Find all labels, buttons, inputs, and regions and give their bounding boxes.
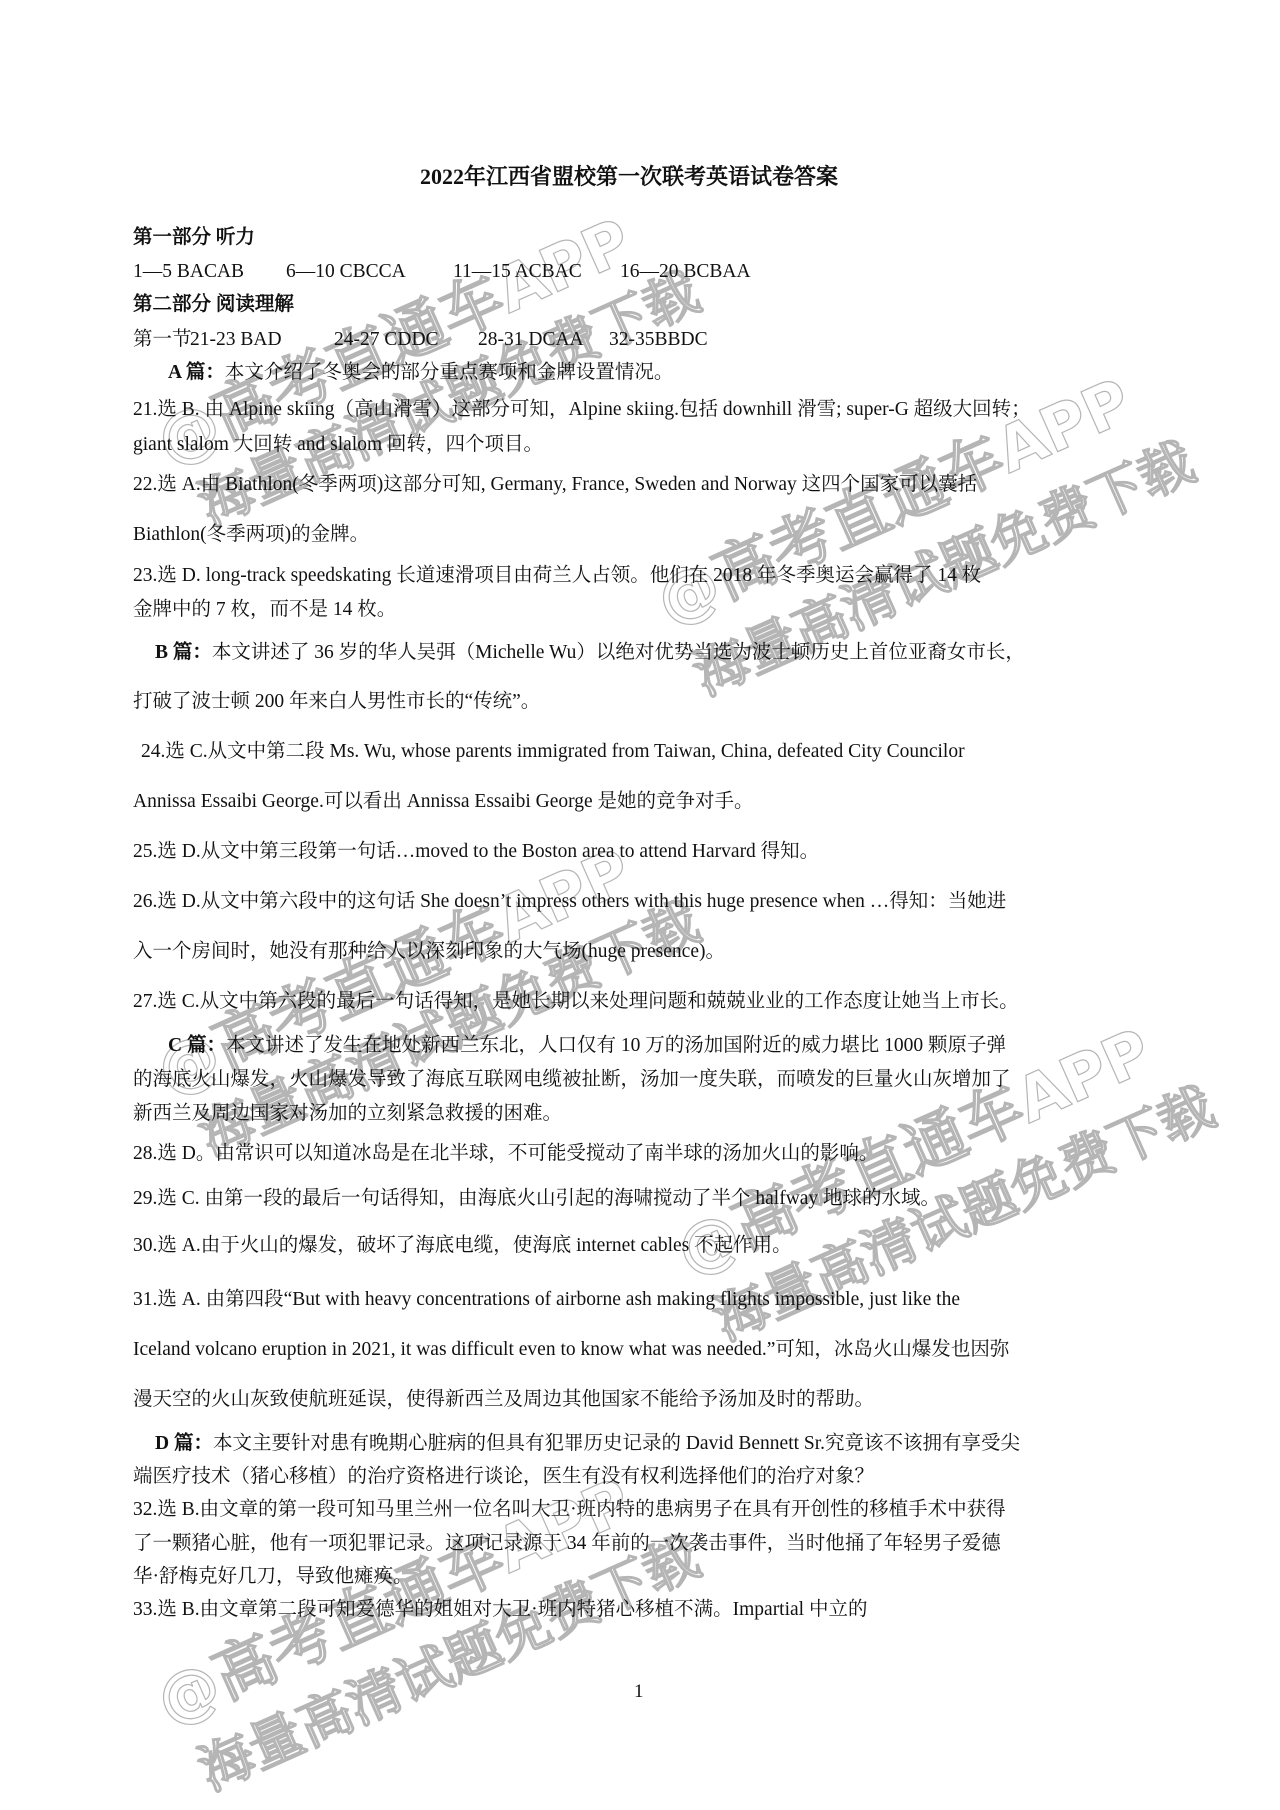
watermark-text: @高考直通车APP <box>140 1452 643 1741</box>
part1-heading: 第一部分 听力 <box>133 226 255 250</box>
part2-heading: 第二部分 阅读理解 <box>133 293 294 317</box>
answer-25: 25.选 D.从文中第三段第一句话…moved to the Boston ar… <box>133 840 819 864</box>
passage-c-label: C 篇： <box>168 1035 226 1056</box>
answer-26-line2: 入一个房间时，她没有那种给人以深刻印象的大气场(huge presence)。 <box>133 940 725 964</box>
answer-group: 32-35BBDC <box>609 328 708 352</box>
answer-32-line2: 了一颗猪心脏，他有一项犯罪记录。这项记录源于 34 年前的一次袭击事件，当时他捅… <box>133 1532 1001 1556</box>
answer-22-line1: 22.选 A.由 Biathlon(冬季两项)这部分可知, Germany, F… <box>133 473 977 497</box>
passage-c-summary-line3: 新西兰及周边国家对汤加的立刻紧急救援的困难。 <box>133 1102 562 1126</box>
answer-32-line1: 32.选 B.由文章的第一段可知马里兰州一位名叫大卫·班内特的患病男子在具有开创… <box>133 1498 1006 1522</box>
answer-21-line1: 21.选 B. 由 Alpine skiing（高山滑雪）这部分可知，Alpin… <box>133 398 1031 422</box>
passage-b-summary-text: 本文讲述了 36 岁的华人吴弭（Michelle Wu）以绝对优势当选为波士顿历… <box>212 642 1025 663</box>
answer-29: 29.选 C. 由第一段的最后一句话得知，由海底火山引起的海啸搅动了半个 hal… <box>133 1187 940 1211</box>
passage-a-label: A 篇： <box>168 362 225 383</box>
answer-21-line2: giant slalom 大回转 and slalom 回转，四个项目。 <box>133 433 543 457</box>
passage-c-summary-line1: C 篇：本文讲述了发生在地处新西兰东北，人口仅有 10 万的汤加国附近的威力堪比… <box>168 1034 1006 1058</box>
answer-22-line2: Biathlon(冬季两项)的金牌。 <box>133 523 369 547</box>
watermark-text: 海量高清试题免费下载 <box>185 1515 710 1805</box>
answer-31-line1: 31.选 A. 由第四段“But with heavy concentratio… <box>133 1288 960 1312</box>
answer-group: 24-27 CDDC <box>334 328 478 352</box>
document-title: 2022年江西省盟校第一次联考英语试卷答案 <box>420 160 838 191</box>
section-label: 第一节 <box>133 328 190 352</box>
answer-24-line2: Annissa Essaibi George.可以看出 Annissa Essa… <box>133 790 754 814</box>
passage-a-summary: A 篇：本文介绍了冬奥会的部分重点赛项和金牌设置情况。 <box>168 361 673 385</box>
passage-c-summary-text: 本文讲述了发生在地处新西兰东北，人口仅有 10 万的汤加国附近的威力堪比 100… <box>226 1035 1006 1056</box>
answer-30: 30.选 A.由于火山的爆发，破坏了海底电缆，使海底 internet cabl… <box>133 1234 792 1258</box>
watermark-text: 海量高清试题免费下载 <box>185 880 710 1170</box>
answer-31-line2: Iceland volcano eruption in 2021, it was… <box>133 1338 1009 1362</box>
passage-b-label: B 篇： <box>155 642 212 663</box>
answer-27: 27.选 C.从文中第六段的最后一句话得知，是她长期以来处理问题和兢兢业业的工作… <box>133 990 1019 1014</box>
answer-group: 21-23 BAD <box>190 328 334 352</box>
answer-26-line1: 26.选 D.从文中第六段中的这句话 She doesn’t impress o… <box>133 890 1006 914</box>
page-number: 1 <box>634 1681 644 1703</box>
answer-28: 28.选 D。由常识可以知道冰岛是在北半球，不可能受搅动了南半球的汤加火山的影响… <box>133 1142 878 1166</box>
answer-33: 33.选 B.由文章第二段可知爱德华的姐姐对大卫·班内特猪心移植不满。Impar… <box>133 1598 867 1622</box>
answer-24-line1: 24.选 C.从文中第二段 Ms. Wu, whose parents immi… <box>141 740 965 764</box>
passage-b-summary-line1: B 篇：本文讲述了 36 岁的华人吴弭（Michelle Wu）以绝对优势当选为… <box>155 641 1025 665</box>
answer-32-line3: 华·舒梅克好几刀，导致他瘫痪。 <box>133 1565 413 1589</box>
answer-31-line3: 漫天空的火山灰致使航班延误，使得新西兰及周边其他国家不能给予汤加及时的帮助。 <box>133 1388 874 1412</box>
answer-group: 1—5 BACAB <box>133 260 286 284</box>
passage-d-summary-line2: 端医疗技术（猪心移植）的治疗资格进行谈论，医生有没有权利选择他们的治疗对象？ <box>133 1465 874 1489</box>
document-page: @高考直通车APP 海量高清试题免费下载 @高考直通车APP 海量高清试题免费下… <box>0 0 1280 1810</box>
answer-23-line1: 23.选 D. long-track speedskating 长道速滑项目由荷… <box>133 564 981 588</box>
passage-a-summary-text: 本文介绍了冬奥会的部分重点赛项和金牌设置情况。 <box>225 362 674 383</box>
passage-d-label: D 篇： <box>155 1433 213 1454</box>
part2-answers: 第一节21-23 BAD24-27 CDDC28-31 DCAA32-35BBD… <box>133 328 708 352</box>
passage-b-summary-line2: 打破了波士顿 200 年来白人男性市长的“传统”。 <box>133 690 540 714</box>
passage-d-summary-line1: D 篇：本文主要针对患有晚期心脏病的但具有犯罪历史记录的 David Benne… <box>155 1432 1020 1456</box>
answer-group: 6—10 CBCCA <box>286 260 453 284</box>
passage-c-summary-line2: 的海底火山爆发，火山爆发导致了海底互联网电缆被扯断，汤加一度失联，而喷发的巨量火… <box>133 1068 1011 1092</box>
answer-group: 28-31 DCAA <box>478 328 609 352</box>
answer-group: 16—20 BCBAA <box>620 260 751 284</box>
answer-23-line2: 金牌中的 7 枚，而不是 14 枚。 <box>133 598 396 622</box>
part1-answers: 1—5 BACAB6—10 CBCCA11—15 ACBAC16—20 BCBA… <box>133 260 751 284</box>
answer-group: 11—15 ACBAC <box>453 260 620 284</box>
passage-d-summary-text: 本文主要针对患有晚期心脏病的但具有犯罪历史记录的 David Bennett S… <box>213 1433 1020 1454</box>
